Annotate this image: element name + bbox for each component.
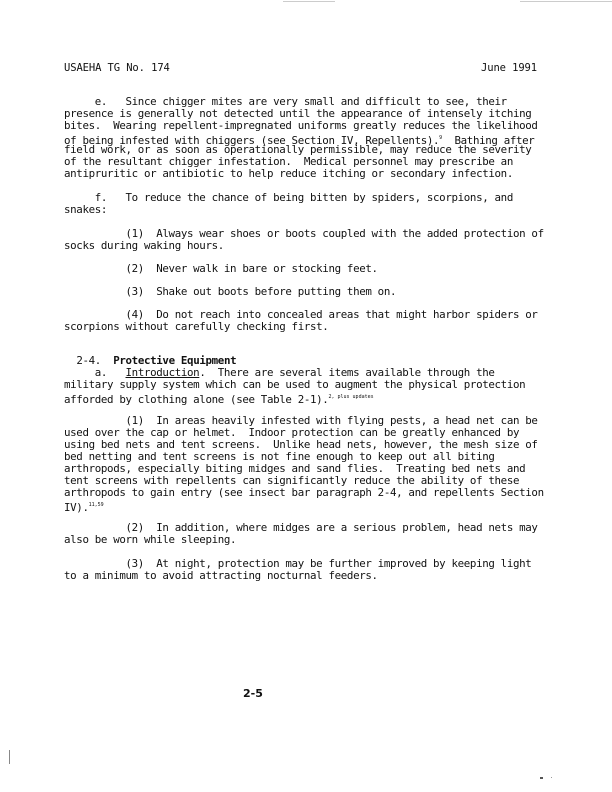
- scan-speck: [9, 750, 10, 764]
- text-line: antipruritic or antibiotic to help reduc…: [64, 168, 513, 180]
- scan-mark: [520, 1, 612, 2]
- scan-mark: [283, 1, 335, 2]
- text-line: f. To reduce the chance of being bitten …: [64, 192, 513, 204]
- text-line: also be worn while sleeping.: [64, 534, 236, 546]
- document-id: USAEHA TG No. 174: [64, 62, 170, 74]
- text-segment: afforded by clothing alone (see Table 2-…: [64, 393, 328, 406]
- page-number: 2-5: [243, 687, 263, 700]
- scan-speck: [551, 777, 552, 778]
- scan-speck: [540, 777, 543, 779]
- text-line: military supply system which can be used…: [64, 379, 525, 391]
- list-item: socks during waking hours.: [64, 240, 224, 252]
- text-line: IV).11,59: [64, 499, 104, 514]
- list-item: (3) Shake out boots before putting them …: [64, 286, 396, 298]
- text-line: arthropods to gain entry (see insect bar…: [64, 487, 544, 499]
- text-line: snakes:: [64, 204, 107, 216]
- text-line: to a minimum to avoid attracting nocturn…: [64, 570, 378, 582]
- citation-superscript: 11,59: [89, 502, 104, 508]
- document-date: June 1991: [481, 62, 537, 74]
- text-line: bites. Wearing repellent-impregnated uni…: [64, 120, 538, 132]
- list-item: scorpions without carefully checking fir…: [64, 321, 328, 333]
- text-line: afforded by clothing alone (see Table 2-…: [64, 391, 374, 406]
- list-item: (2) Never walk in bare or stocking feet.: [64, 263, 378, 275]
- section-heading: 2-4. Protective Equipment: [64, 343, 236, 367]
- text-segment: IV).: [64, 501, 89, 514]
- citation-superscript: 2, plus updates: [328, 394, 373, 400]
